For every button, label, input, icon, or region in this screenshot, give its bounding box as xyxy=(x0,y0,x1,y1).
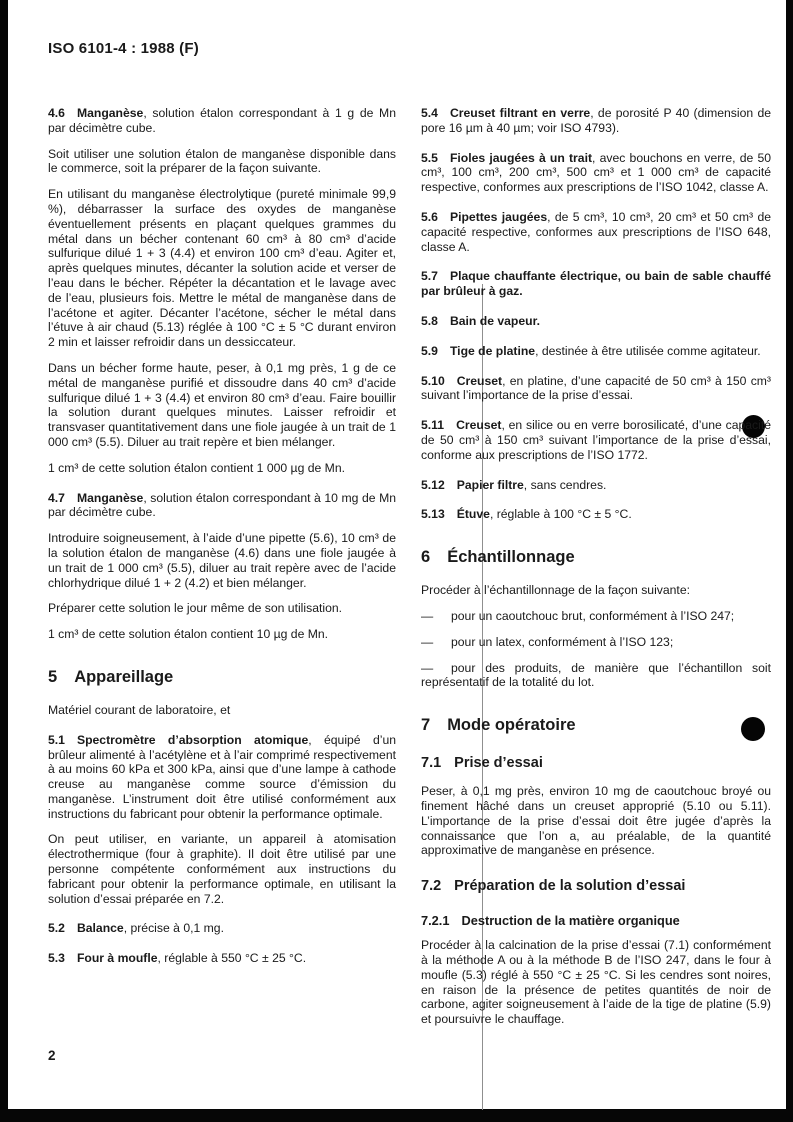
list-item-text: pour un caoutchouc brut, conformément à … xyxy=(451,609,734,623)
clause-number: 5.9 xyxy=(421,344,438,358)
dash-icon: — xyxy=(421,635,451,650)
clause-number: 5.3 xyxy=(48,951,65,965)
clause-term: Fioles jaugées à un trait xyxy=(450,151,592,165)
subsection-heading-7-2-1: 7.2.1Destruction de la matière organique xyxy=(421,913,771,928)
clause-5-5: 5.5Fioles jaugées à un trait, avec bouch… xyxy=(421,151,771,195)
subsection-number: 7.2.1 xyxy=(421,913,449,928)
subsection-heading-7-2: 7.2Préparation de la solution d’essai xyxy=(421,878,771,895)
clause-term: Creuset xyxy=(456,418,501,432)
paragraph: En utilisant du manganèse électrolytique… xyxy=(48,187,396,350)
dash-icon: — xyxy=(421,609,451,624)
section-number: 6 xyxy=(421,548,430,566)
clause-number: 5.7 xyxy=(421,269,438,283)
left-column: 4.6Manganèse, solution étalon correspond… xyxy=(48,106,396,977)
clause-text: , réglable à 100 °C ± 5 °C. xyxy=(490,507,632,521)
paragraph: Procéder à la calcination de la prise d’… xyxy=(421,938,771,1027)
clause-4-7: 4.7Manganèse, solution étalon correspond… xyxy=(48,491,396,521)
clause-term: Spectromètre d’absorption atomique xyxy=(77,733,308,747)
paragraph: 1 cm³ de cette solution étalon contient … xyxy=(48,461,396,476)
clause-number: 5.10 xyxy=(421,374,445,388)
paragraph: Dans un bécher forme haute, peser, à 0,1… xyxy=(48,361,396,450)
clause-number: 5.12 xyxy=(421,478,445,492)
clause-number: 5.13 xyxy=(421,507,445,521)
clause-5-1: 5.1Spectromètre d’absorption atomique, é… xyxy=(48,733,396,822)
clause-term: Bain de vapeur. xyxy=(450,314,540,328)
subsection-heading-7-1: 7.1Prise d’essai xyxy=(421,755,771,772)
section-number: 7 xyxy=(421,716,430,734)
section-number: 5 xyxy=(48,668,57,686)
clause-text: , destinée à être utilisée comme agitate… xyxy=(535,344,761,358)
section-title: Mode opératoire xyxy=(447,716,575,734)
document-page: ISO 6101-4 : 1988 (F) 4.6Manganèse, solu… xyxy=(0,0,793,1122)
clause-5-8: 5.8Bain de vapeur. xyxy=(421,314,771,329)
clause-term: Tige de platine xyxy=(450,344,535,358)
clause-5-13: 5.13Étuve, réglable à 100 °C ± 5 °C. xyxy=(421,507,771,522)
section-heading-5: 5Appareillage xyxy=(48,668,396,687)
list-item-text: pour des produits, de manière que l’écha… xyxy=(421,661,771,690)
clause-number: 5.8 xyxy=(421,314,438,328)
clause-text: , sans cendres. xyxy=(524,478,607,492)
subsection-title: Prise d’essai xyxy=(454,755,543,771)
list-item-text: pour un latex, conformément à l’ISO 123; xyxy=(451,635,673,649)
section-title: Échantillonnage xyxy=(447,548,574,566)
clause-text: , précise à 0,1 mg. xyxy=(124,921,224,935)
clause-term: Manganèse xyxy=(77,106,143,120)
right-column: 5.4Creuset filtrant en verre, de porosit… xyxy=(421,106,771,1038)
scan-border-right xyxy=(786,0,793,1122)
clause-term: Papier filtre xyxy=(457,478,524,492)
section-heading-7: 7Mode opératoire xyxy=(421,716,771,735)
clause-number: 5.5 xyxy=(421,151,438,165)
section-heading-6: 6Échantillonnage xyxy=(421,548,771,567)
section-title: Appareillage xyxy=(74,668,173,686)
clause-number: 4.7 xyxy=(48,491,65,505)
clause-4-6: 4.6Manganèse, solution étalon correspond… xyxy=(48,106,396,136)
clause-term: Balance xyxy=(77,921,124,935)
clause-number: 5.1 xyxy=(48,733,65,747)
clause-5-6: 5.6Pipettes jaugées, de 5 cm³, 10 cm³, 2… xyxy=(421,210,771,254)
clause-number: 4.6 xyxy=(48,106,65,120)
clause-term: Creuset filtrant en verre xyxy=(450,106,590,120)
paragraph: Préparer cette solution le jour même de … xyxy=(48,601,396,616)
clause-5-4: 5.4Creuset filtrant en verre, de porosit… xyxy=(421,106,771,136)
paragraph: Soit utiliser une solution étalon de man… xyxy=(48,147,396,177)
dash-icon: — xyxy=(421,661,451,676)
subsection-title: Préparation de la solution d’essai xyxy=(454,878,685,894)
clause-term: Étuve xyxy=(457,507,490,521)
clause-5-7: 5.7Plaque chauffante électrique, ou bain… xyxy=(421,269,771,299)
clause-number: 5.4 xyxy=(421,106,438,120)
clause-text: , réglable à 550 °C ± 25 °C. xyxy=(158,951,307,965)
scan-border-bottom xyxy=(0,1109,793,1122)
page-number: 2 xyxy=(48,1048,56,1063)
clause-5-12: 5.12Papier filtre, sans cendres. xyxy=(421,478,771,493)
clause-5-2: 5.2Balance, précise à 0,1 mg. xyxy=(48,921,396,936)
clause-5-9: 5.9Tige de platine, destinée à être util… xyxy=(421,344,771,359)
clause-term: Pipettes jaugées xyxy=(450,210,547,224)
list-item: —pour des produits, de manière que l’éch… xyxy=(421,661,771,691)
paragraph: Peser, à 0,1 mg près, environ 10 mg de c… xyxy=(421,784,771,858)
clause-term: Plaque chauffante électrique, ou bain de… xyxy=(421,269,771,298)
subsection-number: 7.2 xyxy=(421,878,441,894)
subsection-number: 7.1 xyxy=(421,755,441,771)
clause-number: 5.6 xyxy=(421,210,438,224)
document-header: ISO 6101-4 : 1988 (F) xyxy=(48,40,199,57)
paragraph: Matériel courant de laboratoire, et xyxy=(48,703,396,718)
clause-5-10: 5.10Creuset, en platine, d’une capacité … xyxy=(421,374,771,404)
clause-5-11: 5.11Creuset, en silice ou en verre boros… xyxy=(421,418,771,462)
paragraph: Procéder à l’échantillonnage de la façon… xyxy=(421,583,771,598)
clause-term: Four à moufle xyxy=(77,951,158,965)
clause-5-3: 5.3Four à moufle, réglable à 550 °C ± 25… xyxy=(48,951,396,966)
paragraph: On peut utiliser, en variante, un appare… xyxy=(48,832,396,906)
subsection-title: Destruction de la matière organique xyxy=(461,913,679,928)
list-item: —pour un caoutchouc brut, conformément à… xyxy=(421,609,771,624)
paragraph: 1 cm³ de cette solution étalon contient … xyxy=(48,627,396,642)
clause-number: 5.2 xyxy=(48,921,65,935)
list-item: —pour un latex, conformément à l’ISO 123… xyxy=(421,635,771,650)
scan-border-left xyxy=(0,0,8,1122)
paragraph: Introduire soigneusement, à l’aide d’une… xyxy=(48,531,396,590)
clause-term: Manganèse xyxy=(77,491,143,505)
clause-number: 5.11 xyxy=(421,418,444,432)
clause-term: Creuset xyxy=(457,374,502,388)
